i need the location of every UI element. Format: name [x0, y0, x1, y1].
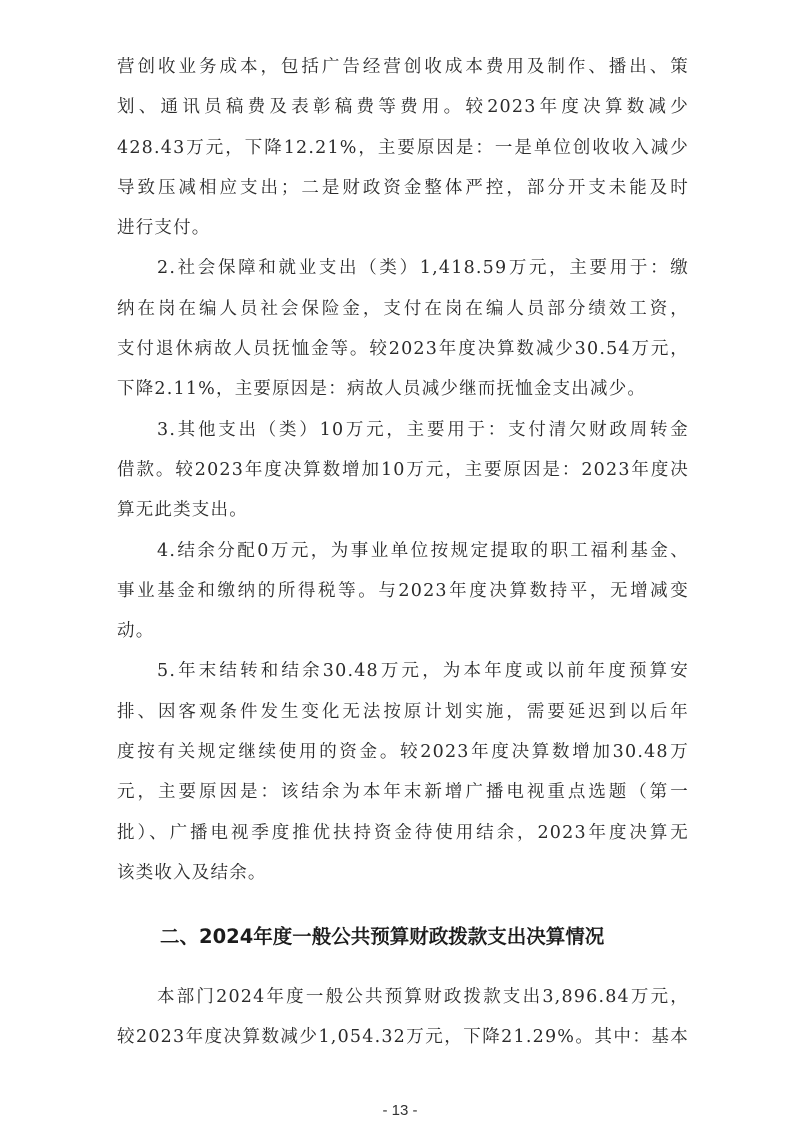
body-text-block: 营创收业务成本，包括广告经营创收成本费用及制作、播出、策 划、通讯员稿费及表彰稿… [117, 47, 689, 893]
text-line: 事业基金和缴纳的所得税等。与2023年度决算数持平，无增减变 [117, 571, 689, 611]
text-line: 纳在岗在编人员社会保险金，支付在岗在编人员部分绩效工资， [117, 289, 689, 329]
text-line: 导致压减相应支出；二是财政资金整体严控，部分开支未能及时 [117, 168, 689, 208]
paragraph-year-end-balance: 5.年末结转和结余30.48万元，为本年度或以前年度预算安 排、因客观条件发生变… [117, 651, 689, 893]
paragraph-surplus-distribution: 4.结余分配0万元，为事业单位按规定提取的职工福利基金、 事业基金和缴纳的所得税… [117, 531, 689, 652]
text-line: 划、通讯员稿费及表彰稿费等费用。较2023年度决算数减少 [117, 87, 689, 127]
text-line: 4.结余分配0万元，为事业单位按规定提取的职工福利基金、 [117, 531, 689, 571]
text-line: 进行支付。 [117, 208, 689, 248]
paragraph-other-expenditure: 3.其他支出（类）10万元，主要用于：支付清欠财政周转金 借款。较2023年度决… [117, 410, 689, 531]
text-line: 动。 [117, 611, 689, 651]
paragraph-continuation: 营创收业务成本，包括广告经营创收成本费用及制作、播出、策 划、通讯员稿费及表彰稿… [117, 47, 689, 248]
text-line: 5.年末结转和结余30.48万元，为本年度或以前年度预算安 [117, 651, 689, 691]
page-number: - 13 - [0, 1102, 800, 1119]
text-line: 元，主要原因是：该结余为本年末新增广播电视重点选题（第一 [117, 772, 689, 812]
section-heading: 二、2024年度一般公共预算财政拨款支出决算情况 [160, 923, 580, 951]
text-line: 批）、广播电视季度推优扶持资金待使用结余，2023年度决算无 [117, 813, 689, 853]
text-line: 借款。较2023年度决算数增加10万元，主要原因是：2023年度决 [117, 450, 689, 490]
text-line: 支付退休病故人员抚恤金等。较2023年度决算数减少30.54万元， [117, 329, 689, 369]
text-line: 本部门2024年度一般公共预算财政拨款支出3,896.84万元， [117, 977, 689, 1017]
text-line: 度按有关规定继续使用的资金。较2023年度决算数增加30.48万 [117, 732, 689, 772]
text-line: 排、因客观条件发生变化无法按原计划实施，需要延迟到以后年 [117, 692, 689, 732]
text-line: 该类收入及结余。 [117, 853, 689, 893]
paragraph-general-budget: 本部门2024年度一般公共预算财政拨款支出3,896.84万元， 较2023年度… [117, 977, 689, 1058]
text-line: 3.其他支出（类）10万元，主要用于：支付清欠财政周转金 [117, 410, 689, 450]
paragraph-social-security: 2.社会保障和就业支出（类）1,418.59万元，主要用于：缴 纳在岗在编人员社… [117, 248, 689, 409]
text-line: 较2023年度决算数减少1,054.32万元，下降21.29%。其中：基本 [117, 1017, 689, 1057]
text-line: 下降2.11%，主要原因是：病故人员减少继而抚恤金支出减少。 [117, 369, 689, 409]
text-line: 2.社会保障和就业支出（类）1,418.59万元，主要用于：缴 [117, 248, 689, 288]
text-line: 428.43万元，下降12.21%，主要原因是：一是单位创收收入减少 [117, 128, 689, 168]
text-line: 算无此类支出。 [117, 490, 689, 530]
document-page: 营创收业务成本，包括广告经营创收成本费用及制作、播出、策 划、通讯员稿费及表彰稿… [0, 0, 800, 1131]
text-line: 营创收业务成本，包括广告经营创收成本费用及制作、播出、策 [117, 47, 689, 87]
